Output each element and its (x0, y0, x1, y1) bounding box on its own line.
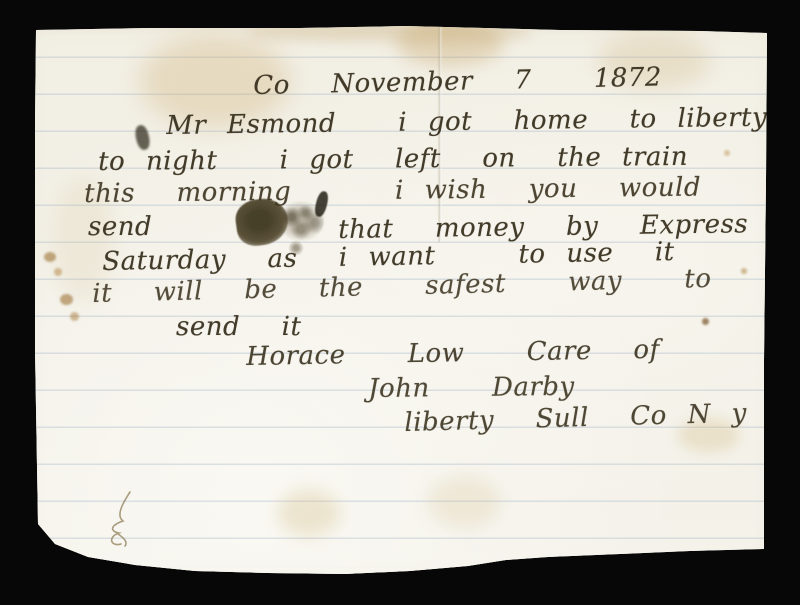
letter-signature-line: John Darby (368, 372, 575, 404)
age-stain (278, 490, 340, 536)
age-stain (428, 476, 500, 528)
age-stain (396, 20, 504, 66)
foxing-speck (70, 312, 79, 321)
foxing-speck (724, 150, 730, 156)
letter-body-line: to night i got left on the train (98, 142, 688, 177)
foxing-speck (702, 318, 709, 325)
letter-paper: Co November 7 1872 Mr Esmond i got home … (0, 0, 800, 605)
letter-body-line: send (88, 212, 152, 242)
pen-squiggle (100, 488, 152, 550)
foxing-speck (741, 268, 747, 274)
foxing-speck (44, 252, 56, 262)
foxing-speck (54, 268, 62, 276)
letter-body-line: send it (176, 312, 301, 342)
foxing-speck (60, 294, 73, 305)
photo-background: Co November 7 1872 Mr Esmond i got home … (0, 0, 800, 605)
